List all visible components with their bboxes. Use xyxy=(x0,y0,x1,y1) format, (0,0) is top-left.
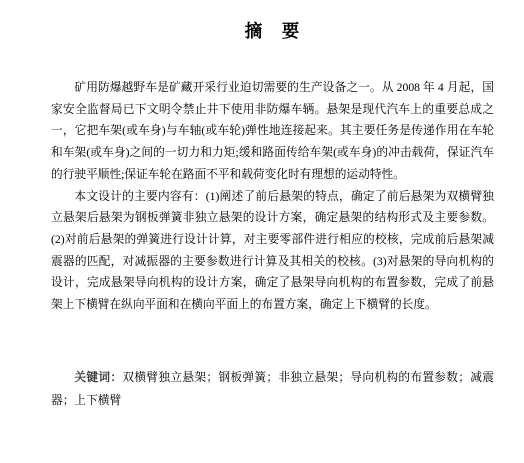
abstract-body: 矿用防爆越野车是矿藏开采行业迫切需要的生产设备之一。从 2008 年 4 月起，… xyxy=(51,77,494,316)
page-title: 摘 要 xyxy=(51,18,494,43)
keywords-paragraph: 关键词：双横臂独立悬架；钢板弹簧；非独立悬架；导向机构的布置参数；减震器；上下横… xyxy=(51,367,494,412)
keywords-label: 关键词： xyxy=(74,371,122,384)
abstract-paragraph-2: 本文设计的主要内容有：(1)阐述了前后悬架的特点，确定了前后悬架为双横臂独立悬架… xyxy=(51,186,494,316)
abstract-paragraph-1: 矿用防爆越野车是矿藏开采行业迫切需要的生产设备之一。从 2008 年 4 月起，… xyxy=(51,77,494,186)
abstract-page: 摘 要 矿用防爆越野车是矿藏开采行业迫切需要的生产设备之一。从 2008 年 4… xyxy=(0,0,524,463)
